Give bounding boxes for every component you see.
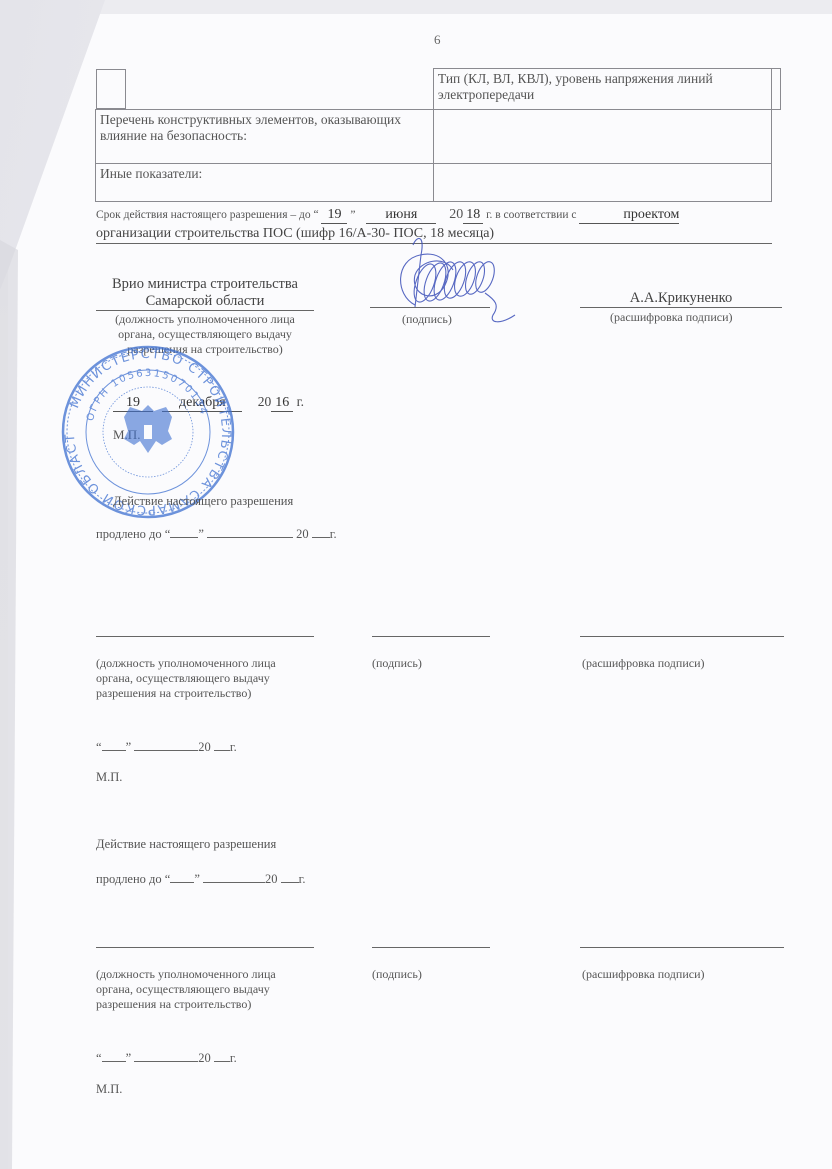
- row-value: [433, 163, 771, 201]
- eagle-emblem-icon: [124, 405, 172, 453]
- name-caption: (расшифровка подписи): [610, 310, 733, 325]
- extended-to-label: продлено до “: [96, 527, 170, 541]
- extension-heading: Действие настоящего разрешения: [113, 494, 293, 509]
- extension-heading: Действие настоящего разрешения: [96, 837, 276, 852]
- validity-day: 19: [321, 207, 347, 224]
- validity-mid: г. в соответствии с: [486, 209, 576, 221]
- year-suffix: г.: [230, 740, 237, 754]
- blank-year: [281, 870, 299, 883]
- validity-year: 18: [463, 207, 483, 224]
- date-year-prefix: 20: [258, 394, 272, 409]
- blank-year: [214, 738, 230, 751]
- year-prefix: 20: [296, 527, 309, 541]
- quote-close: ”: [126, 1051, 132, 1065]
- date-suffix: г.: [297, 394, 304, 409]
- year-prefix: 20: [198, 1051, 211, 1065]
- year-prefix: 20: [198, 740, 211, 754]
- row-label: Тип (КЛ, ВЛ, КВЛ), уровень напряжения ли…: [433, 69, 771, 110]
- validity-month: июня: [366, 207, 436, 224]
- quote-close: ”: [194, 872, 200, 886]
- extension-sign-date: “” 20 г.: [96, 1049, 237, 1066]
- signature-caption: (подпись): [372, 656, 422, 671]
- row-label: Иные показатели:: [96, 163, 434, 201]
- extended-to-label: продлено до “: [96, 872, 170, 886]
- blank-month: [134, 1049, 198, 1062]
- year-prefix: 20: [265, 872, 278, 886]
- validity-line: Срок действия настоящего разрешения – до…: [96, 207, 679, 224]
- signature-line: [372, 947, 490, 948]
- position-line: [96, 947, 314, 948]
- quote-open: “: [313, 209, 318, 221]
- name-caption: (расшифровка подписи): [582, 656, 705, 671]
- handwritten-signature: [385, 235, 525, 330]
- extension-date-line: продлено до “” 20 г.: [96, 525, 337, 542]
- page-number: 6: [434, 32, 441, 48]
- name-caption: (расшифровка подписи): [582, 967, 705, 982]
- blank-month: [207, 525, 293, 538]
- year-suffix: г.: [230, 1051, 237, 1065]
- extension-date-line: продлено до “” 20 г.: [96, 870, 305, 887]
- position-caption: (должность уполномоченного лица органа, …: [96, 967, 296, 1012]
- stamp-mark: М.П.: [96, 1082, 122, 1097]
- row-value: [433, 109, 771, 163]
- year-suffix: г.: [299, 872, 306, 886]
- year-suffix: г.: [330, 527, 337, 541]
- signature-line: [372, 636, 490, 637]
- validity-prefix: Срок действия настоящего разрешения – до: [96, 209, 311, 221]
- blank-day: [170, 525, 198, 538]
- row-label: Перечень конструктивных элементов, оказы…: [96, 109, 434, 163]
- validity-basis-word: проектом: [579, 207, 679, 224]
- blank-year: [214, 1049, 230, 1062]
- quote-close: ”: [350, 209, 355, 221]
- blank-month: [134, 738, 198, 751]
- row-value: [772, 69, 781, 110]
- blank-month: [203, 870, 265, 883]
- parameters-table: Тип (КЛ, ВЛ, КВЛ), уровень напряжения ли…: [95, 68, 781, 202]
- blank-day: [102, 1049, 126, 1062]
- position-line: [96, 636, 314, 637]
- stamp-mark: М.П.: [96, 770, 122, 785]
- quote-close: ”: [198, 527, 204, 541]
- validity-year-prefix: 20: [449, 207, 463, 222]
- signature-caption: (подпись): [372, 967, 422, 982]
- blank-day: [170, 870, 194, 883]
- extension-sign-date: “” 20 г.: [96, 738, 237, 755]
- index-cell: [96, 69, 126, 109]
- table-row: Тип (КЛ, ВЛ, КВЛ), уровень напряжения ли…: [96, 69, 781, 110]
- signer-position: Врио министра строительства Самарской об…: [96, 276, 314, 311]
- blank-year: [312, 525, 330, 538]
- blank-day: [102, 738, 126, 751]
- position-caption: (должность уполномоченного лица органа, …: [96, 656, 296, 701]
- date-year: 16: [271, 395, 293, 412]
- signer-name: А.А.Крикуненко: [580, 290, 782, 308]
- table-row: Иные показатели:: [96, 163, 781, 201]
- name-line: [580, 947, 784, 948]
- table-row: Перечень конструктивных элементов, оказы…: [96, 109, 781, 163]
- quote-close: ”: [126, 740, 132, 754]
- name-line: [580, 636, 784, 637]
